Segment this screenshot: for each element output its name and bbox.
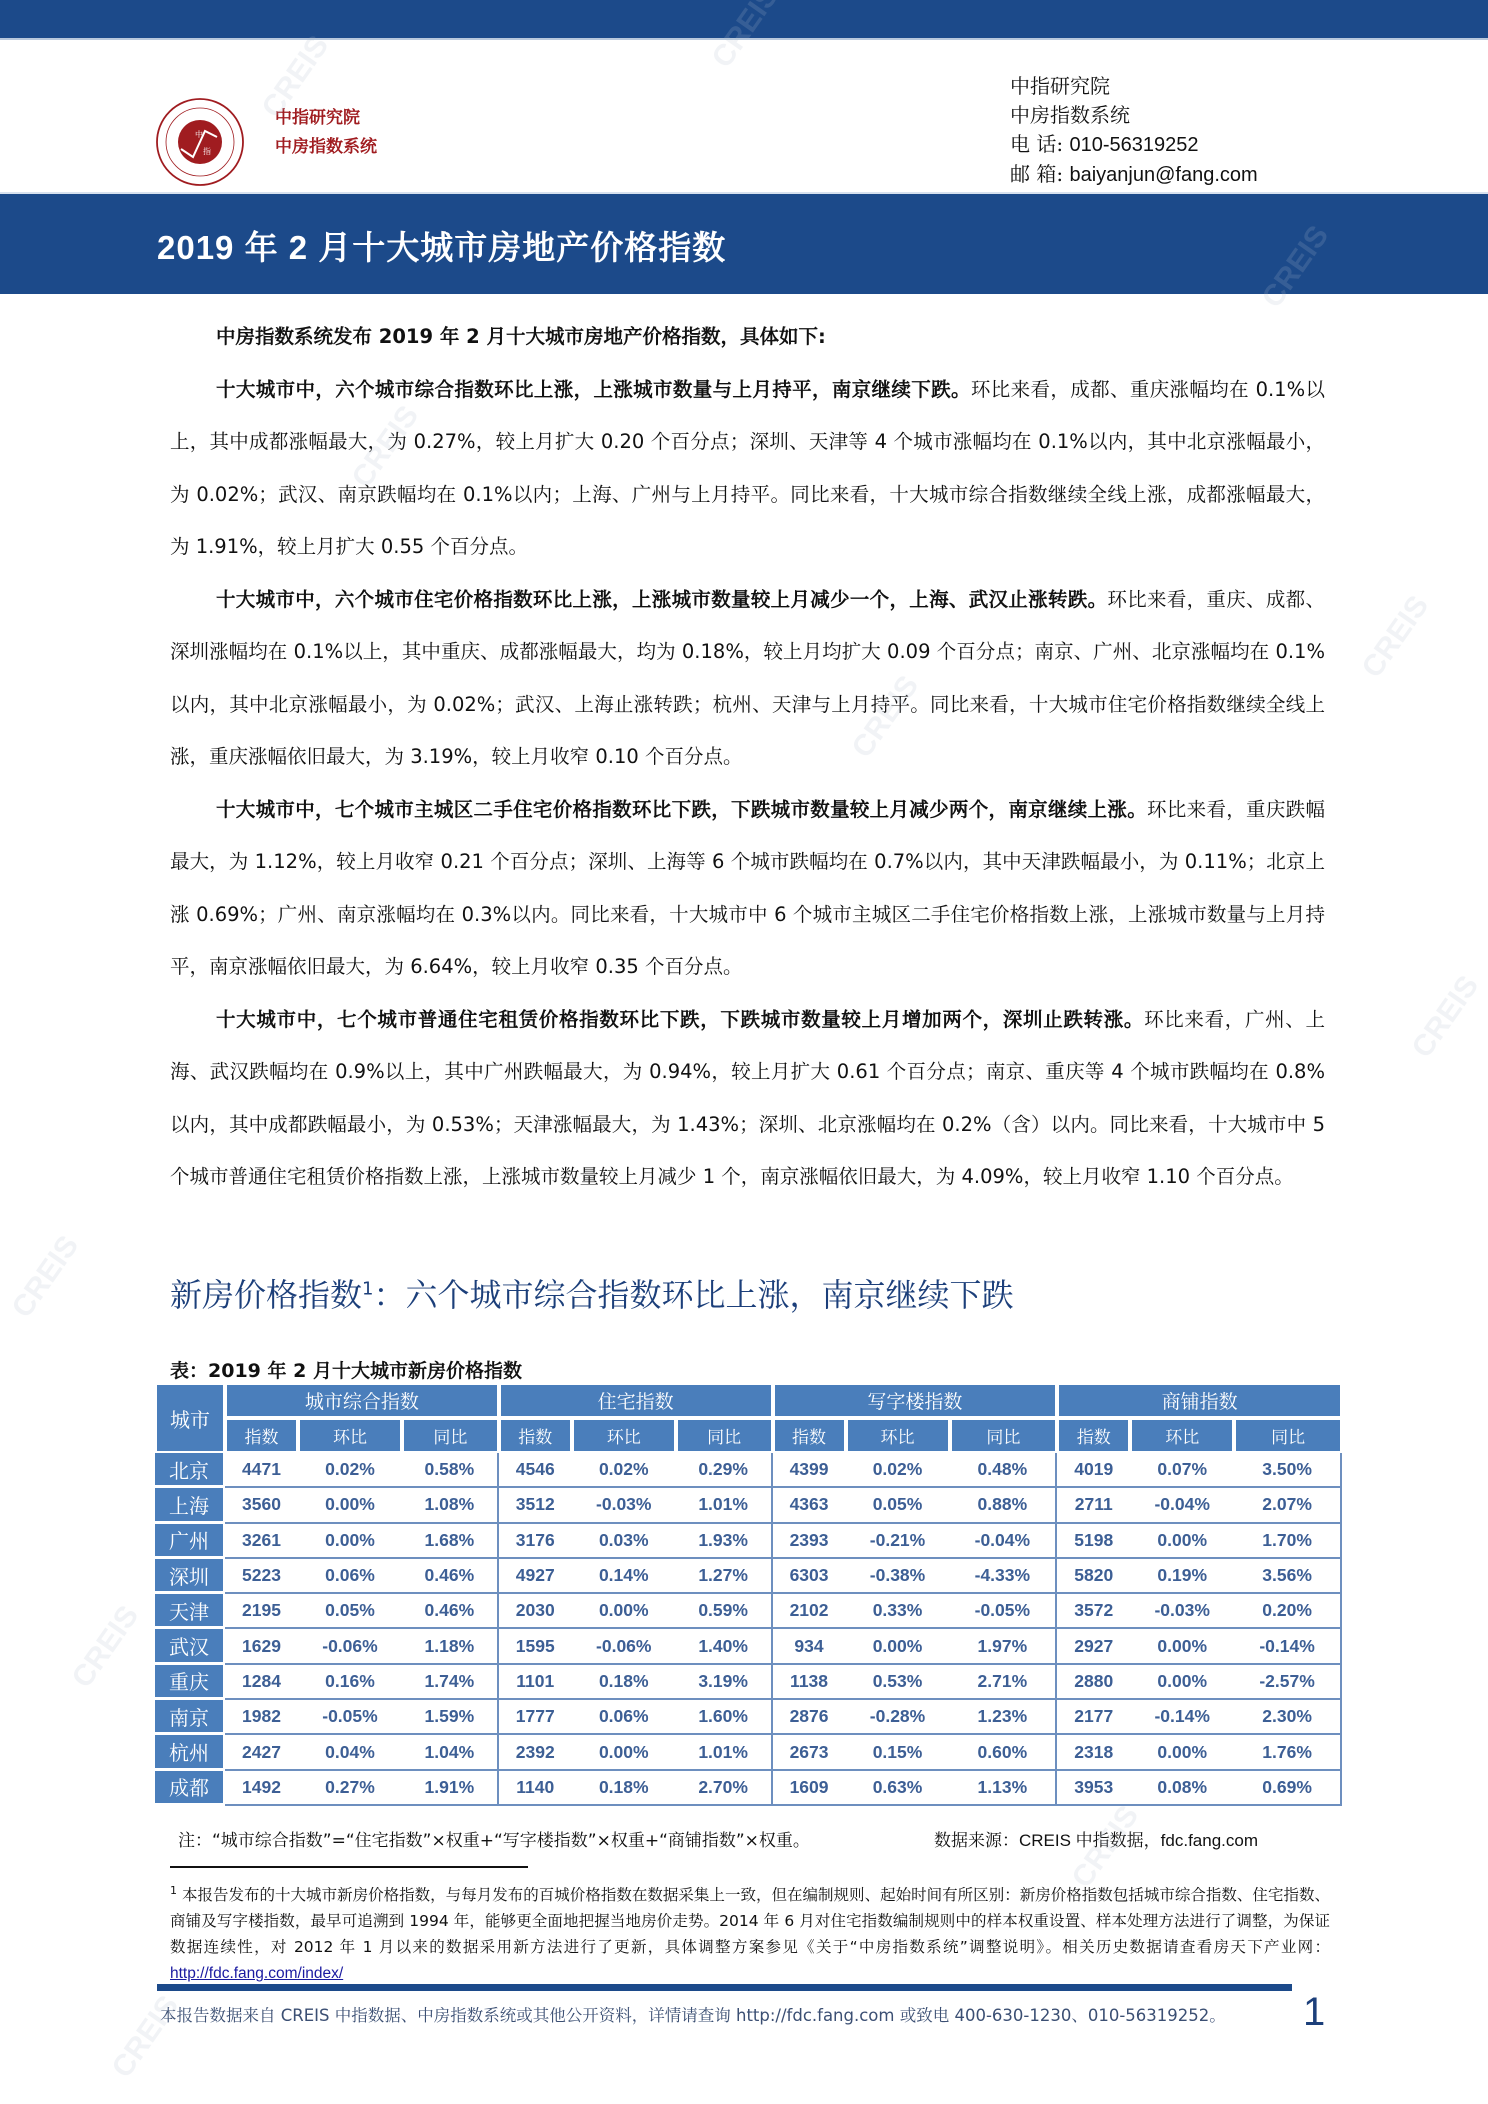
- mom-cell: 0.00%: [1130, 1629, 1234, 1664]
- sub-header-mom: 环比: [298, 1418, 402, 1453]
- mom-cell: -0.06%: [298, 1629, 402, 1664]
- index-cell: 1609: [773, 1771, 846, 1806]
- yoy-cell: 0.48%: [950, 1453, 1058, 1488]
- mom-cell: 0.00%: [1130, 1665, 1234, 1700]
- mom-cell: 0.02%: [572, 1453, 676, 1488]
- mom-cell: 0.33%: [846, 1594, 950, 1629]
- yoy-cell: 1.18%: [402, 1629, 499, 1664]
- group-header-office: 写字楼指数: [773, 1383, 1058, 1418]
- sub-header-index: 指数: [773, 1418, 846, 1453]
- index-cell: 3176: [499, 1524, 572, 1559]
- yoy-cell: 1.27%: [676, 1559, 773, 1594]
- section-heading: 新房价格指数1：六个城市综合指数环比上涨，南京继续下跌: [170, 1270, 1013, 1316]
- yoy-cell: 3.56%: [1234, 1559, 1342, 1594]
- table-row: 天津21950.05%0.46%20300.00%0.59%21020.33%-…: [155, 1594, 1342, 1629]
- index-cell: 1595: [499, 1629, 572, 1664]
- sub-header-yoy: 同比: [950, 1418, 1058, 1453]
- mom-cell: 0.63%: [846, 1771, 950, 1806]
- yoy-cell: -4.33%: [950, 1559, 1058, 1594]
- index-cell: 2195: [225, 1594, 298, 1629]
- mom-cell: 0.14%: [572, 1559, 676, 1594]
- page-number: 1: [1303, 1990, 1325, 2035]
- index-cell: 4363: [773, 1488, 846, 1523]
- yoy-cell: 0.69%: [1234, 1771, 1342, 1806]
- index-cell: 3560: [225, 1488, 298, 1523]
- mom-cell: 0.00%: [1130, 1735, 1234, 1770]
- yoy-cell: 1.74%: [402, 1665, 499, 1700]
- yoy-cell: -2.57%: [1234, 1665, 1342, 1700]
- index-cell: 3261: [225, 1524, 298, 1559]
- city-cell: 武汉: [155, 1629, 225, 1664]
- yoy-cell: 2.70%: [676, 1771, 773, 1806]
- city-cell: 上海: [155, 1488, 225, 1523]
- yoy-cell: 0.88%: [950, 1488, 1058, 1523]
- contact-email-row: 邮 箱: baiyanjun@fang.com: [1010, 160, 1258, 190]
- china-index-academy-logo: 中 指: [155, 97, 245, 187]
- logo-system-name: 中房指数系统: [275, 133, 377, 162]
- index-cell: 4471: [225, 1453, 298, 1488]
- table-row: 成都14920.27%1.91%11400.18%2.70%16090.63%1…: [155, 1771, 1342, 1806]
- paragraph-lead: 十大城市中，六个城市综合指数环比上涨，上涨城市数量与上月持平，南京继续下跌。: [216, 378, 971, 401]
- index-cell: 1101: [499, 1665, 572, 1700]
- mom-cell: 0.19%: [1130, 1559, 1234, 1594]
- mom-cell: 0.00%: [298, 1488, 402, 1523]
- city-cell: 广州: [155, 1524, 225, 1559]
- city-cell: 重庆: [155, 1665, 225, 1700]
- phone-label: 电 话:: [1010, 132, 1063, 156]
- table-row: 重庆12840.16%1.74%11010.18%3.19%11380.53%2…: [155, 1665, 1342, 1700]
- yoy-cell: 0.60%: [950, 1735, 1058, 1770]
- mom-cell: -0.28%: [846, 1700, 950, 1735]
- mom-cell: 0.02%: [298, 1453, 402, 1488]
- yoy-cell: 1.97%: [950, 1629, 1058, 1664]
- yoy-cell: 1.13%: [950, 1771, 1058, 1806]
- paragraph-body: 环比来看，重庆、成都、深圳涨幅均在 0.1%以上，其中重庆、成都涨幅最大，均为 …: [170, 588, 1325, 769]
- yoy-cell: 0.46%: [402, 1559, 499, 1594]
- yoy-cell: 2.71%: [950, 1665, 1058, 1700]
- mom-cell: 0.06%: [298, 1559, 402, 1594]
- index-cell: 5198: [1057, 1524, 1130, 1559]
- yoy-cell: 1.68%: [402, 1524, 499, 1559]
- mom-cell: 0.18%: [572, 1665, 676, 1700]
- index-cell: 6303: [773, 1559, 846, 1594]
- contact-phone-row: 电 话: 010-56319252: [1010, 130, 1258, 160]
- paragraph-lead: 十大城市中，七个城市普通住宅租赁价格指数环比下跌，下跌城市数量较上月增加两个，深…: [216, 1008, 1144, 1031]
- sub-header-mom: 环比: [1130, 1418, 1234, 1453]
- mom-cell: 0.07%: [1130, 1453, 1234, 1488]
- yoy-cell: 2.07%: [1234, 1488, 1342, 1523]
- index-cell: 2427: [225, 1735, 298, 1770]
- sub-header-yoy: 同比: [676, 1418, 773, 1453]
- table-row: 南京1982-0.05%1.59%17770.06%1.60%2876-0.28…: [155, 1700, 1342, 1735]
- source-label: 数据来源：: [934, 1831, 1019, 1851]
- index-cell: 1777: [499, 1700, 572, 1735]
- index-cell: 4927: [499, 1559, 572, 1594]
- table-note: 注：“城市综合指数”=“住宅指数”×权重+“写字楼指数”×权重+“商铺指数”×权…: [178, 1826, 810, 1851]
- source-value: CREIS 中指数据，fdc.fang.com: [1019, 1831, 1258, 1850]
- city-cell: 南京: [155, 1700, 225, 1735]
- yoy-cell: 3.50%: [1234, 1453, 1342, 1488]
- yoy-cell: -0.05%: [950, 1594, 1058, 1629]
- city-cell: 杭州: [155, 1735, 225, 1770]
- index-cell: 1140: [499, 1771, 572, 1806]
- yoy-cell: 1.23%: [950, 1700, 1058, 1735]
- email-value[interactable]: baiyanjun@fang.com: [1069, 164, 1257, 186]
- mom-cell: 0.00%: [298, 1524, 402, 1559]
- yoy-cell: -0.14%: [1234, 1629, 1342, 1664]
- sub-header-yoy: 同比: [402, 1418, 499, 1453]
- sub-header-mom: 环比: [572, 1418, 676, 1453]
- table-row: 上海35600.00%1.08%3512-0.03%1.01%43630.05%…: [155, 1488, 1342, 1523]
- mom-cell: -0.38%: [846, 1559, 950, 1594]
- paragraph-composite: 十大城市中，六个城市综合指数环比上涨，上涨城市数量与上月持平，南京继续下跌。环比…: [170, 364, 1325, 574]
- city-cell: 北京: [155, 1453, 225, 1488]
- yoy-cell: 1.59%: [402, 1700, 499, 1735]
- mom-cell: -0.04%: [1130, 1488, 1234, 1523]
- table-row: 杭州24270.04%1.04%23920.00%1.01%26730.15%0…: [155, 1735, 1342, 1770]
- group-header-retail: 商铺指数: [1057, 1383, 1342, 1418]
- mom-cell: 0.03%: [572, 1524, 676, 1559]
- table-row: 深圳52230.06%0.46%49270.14%1.27%6303-0.38%…: [155, 1559, 1342, 1594]
- table-body: 北京44710.02%0.58%45460.02%0.29%43990.02%0…: [155, 1453, 1342, 1806]
- mom-cell: 0.00%: [1130, 1524, 1234, 1559]
- sub-header-yoy: 同比: [1234, 1418, 1342, 1453]
- email-label: 邮 箱:: [1010, 162, 1063, 186]
- table-row: 广州32610.00%1.68%31760.03%1.93%2393-0.21%…: [155, 1524, 1342, 1559]
- mom-cell: 0.02%: [846, 1453, 950, 1488]
- yoy-cell: 0.59%: [676, 1594, 773, 1629]
- yoy-cell: 1.60%: [676, 1700, 773, 1735]
- mom-cell: 0.00%: [572, 1594, 676, 1629]
- contact-org: 中指研究院: [1010, 72, 1258, 101]
- index-cell: 5820: [1057, 1559, 1130, 1594]
- index-cell: 2711: [1057, 1488, 1130, 1523]
- city-cell: 成都: [155, 1771, 225, 1806]
- creis-watermark: CREIS: [106, 1990, 186, 2085]
- mom-cell: 0.53%: [846, 1665, 950, 1700]
- mom-cell: 0.00%: [572, 1735, 676, 1770]
- creis-watermark: CREIS: [1406, 970, 1486, 1065]
- contact-system: 中房指数系统: [1010, 101, 1258, 130]
- index-cell: 2876: [773, 1700, 846, 1735]
- index-cell: 4399: [773, 1453, 846, 1488]
- group-header-residential: 住宅指数: [499, 1383, 773, 1418]
- section-heading-main: 新房价格指数: [170, 1276, 362, 1314]
- paragraph-second-hand: 十大城市中，七个城市主城区二手住宅价格指数环比下跌，下跌城市数量较上月减少两个，…: [170, 784, 1325, 994]
- mom-cell: -0.03%: [1130, 1594, 1234, 1629]
- intro-paragraph: 中房指数系统发布 2019 年 2 月十大城市房地产价格指数，具体如下:: [170, 311, 1325, 364]
- index-cell: 1284: [225, 1665, 298, 1700]
- yoy-cell: 2.30%: [1234, 1700, 1342, 1735]
- mom-cell: -0.14%: [1130, 1700, 1234, 1735]
- sub-header-index: 指数: [225, 1418, 298, 1453]
- yoy-cell: 1.76%: [1234, 1735, 1342, 1770]
- index-cell: 4546: [499, 1453, 572, 1488]
- mom-cell: 0.27%: [298, 1771, 402, 1806]
- intro-text: 中房指数系统发布 2019 年 2 月十大城市房地产价格指数，具体如下:: [216, 325, 826, 348]
- index-cell: 1492: [225, 1771, 298, 1806]
- mom-cell: 0.04%: [298, 1735, 402, 1770]
- paragraph-lead: 十大城市中，六个城市住宅价格指数环比上涨，上涨城市数量较上月减少一个，上海、武汉…: [216, 588, 1107, 611]
- mom-cell: 0.05%: [846, 1488, 950, 1523]
- index-cell: 2030: [499, 1594, 572, 1629]
- sub-header-mom: 环比: [846, 1418, 950, 1453]
- mom-cell: 0.00%: [846, 1629, 950, 1664]
- paragraph-lead: 十大城市中，七个城市主城区二手住宅价格指数环比下跌，下跌城市数量较上月减少两个，…: [216, 798, 1147, 821]
- fdc-index-link[interactable]: http://fdc.fang.com/index/: [170, 1965, 343, 1982]
- yoy-cell: 0.20%: [1234, 1594, 1342, 1629]
- footer-disclaimer: 本报告数据来自 CREIS 中指数据、中房指数系统或其他公开资料，详情请查询 h…: [160, 2002, 1226, 2026]
- yoy-cell: 1.08%: [402, 1488, 499, 1523]
- yoy-cell: 1.70%: [1234, 1524, 1342, 1559]
- mom-cell: 0.08%: [1130, 1771, 1234, 1806]
- footnote-marker[interactable]: 1: [362, 1278, 373, 1299]
- index-cell: 934: [773, 1629, 846, 1664]
- index-cell: 2927: [1057, 1629, 1130, 1664]
- mom-cell: 0.06%: [572, 1700, 676, 1735]
- yoy-cell: 1.01%: [676, 1488, 773, 1523]
- index-cell: 2673: [773, 1735, 846, 1770]
- yoy-cell: 0.46%: [402, 1594, 499, 1629]
- section-heading-rest: ：六个城市综合指数环比上涨，南京继续下跌: [373, 1276, 1013, 1314]
- yoy-cell: -0.04%: [950, 1524, 1058, 1559]
- city-cell: 天津: [155, 1594, 225, 1629]
- mom-cell: -0.05%: [298, 1700, 402, 1735]
- mom-cell: -0.06%: [572, 1629, 676, 1664]
- report-body: 中房指数系统发布 2019 年 2 月十大城市房地产价格指数，具体如下: 十大城…: [170, 311, 1325, 1204]
- footnote-number: 1: [170, 1884, 177, 1897]
- yoy-cell: 1.93%: [676, 1524, 773, 1559]
- index-cell: 1629: [225, 1629, 298, 1664]
- yoy-cell: 0.29%: [676, 1453, 773, 1488]
- yoy-cell: 1.01%: [676, 1735, 773, 1770]
- svg-text:指: 指: [203, 146, 211, 156]
- sub-header-index: 指数: [499, 1418, 572, 1453]
- footnote: 1 本报告发布的十大城市新房价格指数，与每月发布的百城价格指数在数据采集上一致，…: [170, 1878, 1330, 1987]
- index-cell: 4019: [1057, 1453, 1130, 1488]
- footer-bar: [157, 1984, 1292, 1991]
- mom-cell: 0.15%: [846, 1735, 950, 1770]
- price-index-table: 城市 城市综合指数 住宅指数 写字楼指数 商铺指数 指数 环比 同比 指数 环比…: [155, 1383, 1342, 1806]
- index-cell: 2393: [773, 1524, 846, 1559]
- paragraph-residential: 十大城市中，六个城市住宅价格指数环比上涨，上涨城市数量较上月减少一个，上海、武汉…: [170, 574, 1325, 784]
- svg-text:中: 中: [195, 129, 203, 139]
- group-header-composite: 城市综合指数: [225, 1383, 499, 1418]
- mom-cell: 0.05%: [298, 1594, 402, 1629]
- table-row: 北京44710.02%0.58%45460.02%0.29%43990.02%0…: [155, 1453, 1342, 1488]
- yoy-cell: 3.19%: [676, 1665, 773, 1700]
- mom-cell: 0.16%: [298, 1665, 402, 1700]
- creis-watermark: CREIS: [1356, 590, 1436, 685]
- index-cell: 1982: [225, 1700, 298, 1735]
- index-cell: 2880: [1057, 1665, 1130, 1700]
- report-title: 2019 年 2 月十大城市房地产价格指数: [157, 222, 726, 269]
- index-cell: 1138: [773, 1665, 846, 1700]
- index-cell: 2177: [1057, 1700, 1130, 1735]
- city-cell: 深圳: [155, 1559, 225, 1594]
- yoy-cell: 1.91%: [402, 1771, 499, 1806]
- table-sub-header-row: 指数 环比 同比 指数 环比 同比 指数 环比 同比 指数 环比 同比: [155, 1418, 1342, 1453]
- index-cell: 3512: [499, 1488, 572, 1523]
- yoy-cell: 0.58%: [402, 1453, 499, 1488]
- paragraph-body: 环比来看，广州、上海、武汉跌幅均在 0.9%以上，其中广州跌幅最大，为 0.94…: [170, 1008, 1325, 1189]
- creis-watermark: CREIS: [66, 1600, 146, 1695]
- mom-cell: -0.21%: [846, 1524, 950, 1559]
- mom-cell: 0.18%: [572, 1771, 676, 1806]
- index-cell: 2318: [1057, 1735, 1130, 1770]
- table-caption: 表：2019 年 2 月十大城市新房价格指数: [170, 1356, 522, 1383]
- index-cell: 2392: [499, 1735, 572, 1770]
- index-cell: 3572: [1057, 1594, 1130, 1629]
- index-cell: 5223: [225, 1559, 298, 1594]
- sub-header-index: 指数: [1057, 1418, 1130, 1453]
- table-row: 武汉1629-0.06%1.18%1595-0.06%1.40%9340.00%…: [155, 1629, 1342, 1664]
- table-group-header-row: 城市 城市综合指数 住宅指数 写字楼指数 商铺指数: [155, 1383, 1342, 1418]
- creis-watermark: CREIS: [6, 1230, 86, 1325]
- contact-block: 中指研究院 中房指数系统 电 话: 010-56319252 邮 箱: baiy…: [1010, 72, 1258, 190]
- phone-value: 010-56319252: [1069, 134, 1198, 156]
- footnote-text: 本报告发布的十大城市新房价格指数，与每月发布的百城价格指数在数据采集上一致，但在…: [170, 1886, 1330, 1956]
- city-column-header: 城市: [155, 1383, 225, 1453]
- paragraph-rental: 十大城市中，七个城市普通住宅租赁价格指数环比下跌，下跌城市数量较上月增加两个，深…: [170, 994, 1325, 1204]
- yoy-cell: 1.04%: [402, 1735, 499, 1770]
- yoy-cell: 1.40%: [676, 1629, 773, 1664]
- mom-cell: -0.03%: [572, 1488, 676, 1523]
- paragraph-body: 环比来看，重庆跌幅最大，为 1.12%，较上月收窄 0.21 个百分点；深圳、上…: [170, 798, 1325, 979]
- index-cell: 2102: [773, 1594, 846, 1629]
- footnote-rule: [170, 1866, 528, 1868]
- paragraph-body: 环比来看，成都、重庆涨幅均在 0.1%以上，其中成都涨幅最大，为 0.27%，较…: [170, 378, 1325, 559]
